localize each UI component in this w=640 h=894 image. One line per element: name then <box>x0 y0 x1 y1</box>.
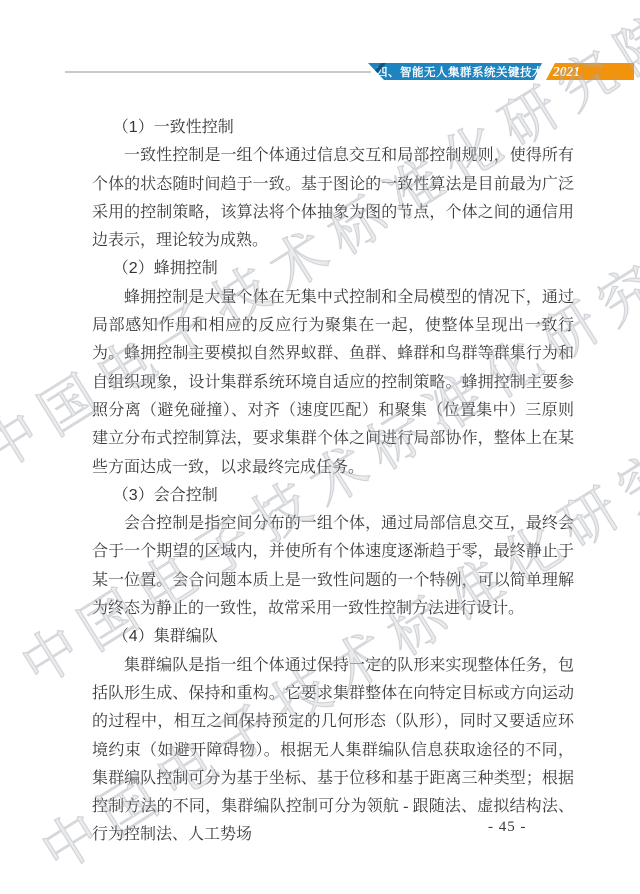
section-swarm-formation: （4）集群编队 集群编队是指一组个体通过保持一定的队形来实现整体任务，包括队形生… <box>92 623 574 849</box>
section-flocking-control: （2）蜂拥控制 蜂拥控制是大量个体在无集中式控制和全局模型的情况下，通过局部感知… <box>92 255 574 481</box>
section-paragraph: 蜂拥控制是大量个体在无集中式控制和全局模型的情况下，通过局部感知作用和相应的反应… <box>92 284 574 482</box>
section-paragraph: 会合控制是指空间分布的一组个体，通过局部信息交互，最终会合于一个期望的区域内，并… <box>92 510 574 623</box>
section-paragraph: 一致性控制是一组个体通过信息交互和局部控制规则，使得所有个体的状态随时间趋于一致… <box>92 142 574 255</box>
header-rule-line <box>65 71 371 73</box>
section-heading: （1）一致性控制 <box>92 114 574 142</box>
header-banner-year: 2021 <box>546 64 580 80</box>
page-number: - 45 - <box>488 819 527 836</box>
document-page: { "header": { "banner_title": "四、智能无人集群系… <box>0 0 640 894</box>
header-banner-title: 四、智能无人集群系统关键技术 <box>366 64 544 80</box>
header-banner-blue: 四、智能无人集群系统关键技术 <box>368 63 542 80</box>
section-heading: （3）会合控制 <box>92 482 574 510</box>
section-consistency-control: （1）一致性控制 一致性控制是一组个体通过信息交互和局部控制规则，使得所有个体的… <box>92 114 574 255</box>
section-rendezvous-control: （3）会合控制 会合控制是指空间分布的一组个体，通过局部信息交互，最终会合于一个… <box>92 482 574 623</box>
section-heading: （2）蜂拥控制 <box>92 255 574 283</box>
page-content: （1）一致性控制 一致性控制是一组个体通过信息交互和局部控制规则，使得所有个体的… <box>92 114 574 850</box>
section-heading: （4）集群编队 <box>92 623 574 651</box>
header-banner-orange: 2021 <box>546 63 634 80</box>
